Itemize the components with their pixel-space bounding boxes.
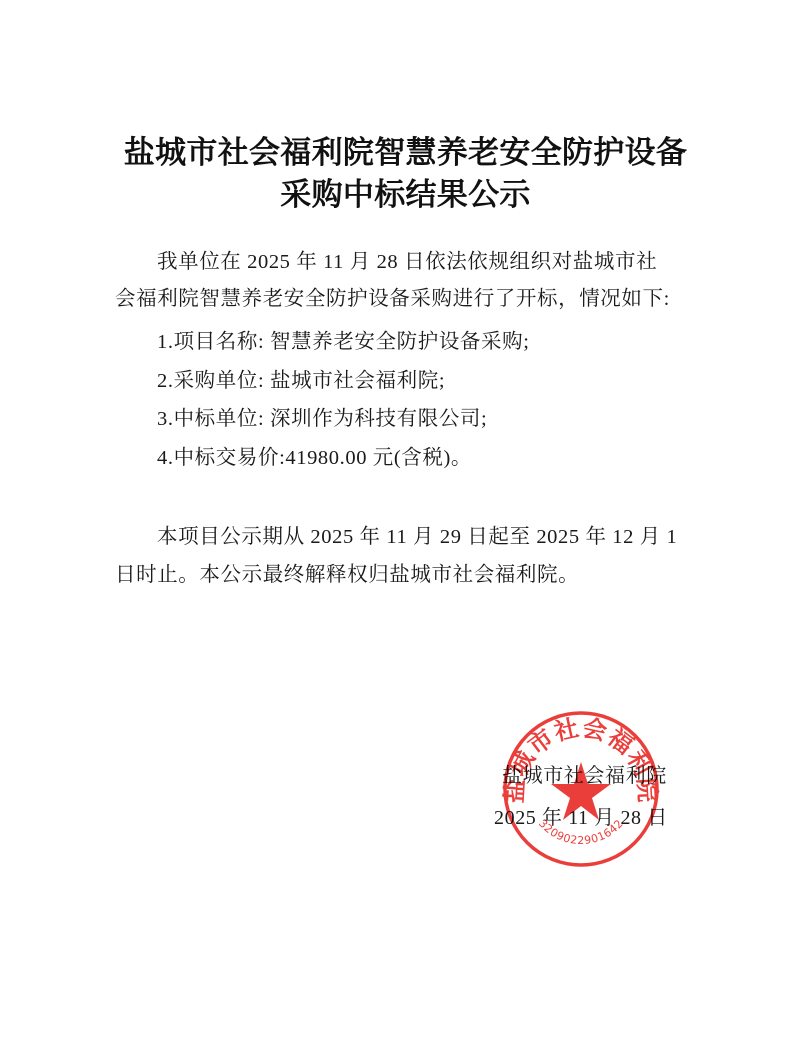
star-icon (551, 762, 611, 820)
list-item-value: 智慧养老安全防护设备采购; (270, 331, 530, 353)
list-item-value: 41980.00 元(含税)。 (285, 447, 472, 469)
document-title-line-2: 采购中标结果公示 (0, 177, 811, 213)
list-item-label: 4.中标交易价: (157, 447, 285, 469)
seal-code: 3209022901642 (536, 817, 626, 847)
intro-line-1: 我单位在 2025 年 11 月 28 日依法依规组织对盐城市社 (157, 249, 717, 275)
list-item-label: 1.项目名称: (157, 331, 264, 353)
document-page: 盐城市社会福利院智慧养老安全防护设备 采购中标结果公示 我单位在 2025 年 … (0, 0, 811, 1055)
document-title-line-1: 盐城市社会福利院智慧养老安全防护设备 (0, 135, 811, 171)
intro-line-2: 会福利院智慧养老安全防护设备采购进行了开标，情况如下: (115, 286, 675, 312)
list-item-value: 深圳作为科技有限公司; (270, 408, 487, 430)
list-item-purchaser: 2.采购单位: 盐城市社会福利院; (157, 368, 717, 394)
list-item-value: 盐城市社会福利院; (270, 370, 445, 392)
notice-line-2: 日时止。本公示最终解释权归盐城市社会福利院。 (115, 562, 675, 588)
list-item-winning-price: 4.中标交易价:41980.00 元(含税)。 (157, 445, 717, 471)
list-item-project-name: 1.项目名称: 智慧养老安全防护设备采购; (157, 329, 717, 355)
svg-text:3209022901642: 3209022901642 (536, 817, 626, 847)
list-item-label: 3.中标单位: (157, 408, 264, 430)
list-item-label: 2.采购单位: (157, 370, 264, 392)
official-seal: 盐城市社会福利院 3209022901642 (502, 710, 660, 868)
notice-line-1: 本项目公示期从 2025 年 11 月 29 日起至 2025 年 12 月 1 (157, 524, 717, 550)
list-item-winning-bidder: 3.中标单位: 深圳作为科技有限公司; (157, 406, 717, 432)
